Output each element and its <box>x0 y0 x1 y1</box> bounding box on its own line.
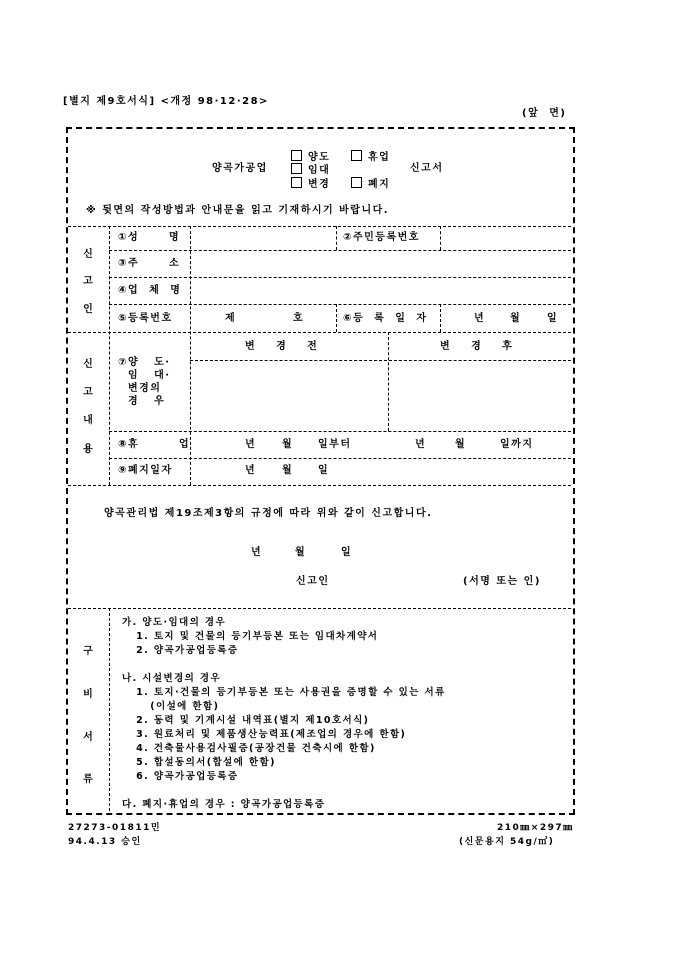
reg-no-label: ⑤등록번호 <box>118 313 173 325</box>
documents-section-label: 구 <box>78 642 98 657</box>
content-section-label: 고 <box>78 383 98 398</box>
approval-date: 94.4.13 승인 <box>68 836 142 848</box>
divider <box>109 277 571 278</box>
checkbox-transfer[interactable] <box>291 150 302 161</box>
divider <box>68 332 571 333</box>
divider <box>190 360 571 361</box>
suspension-to-day: 일까지 <box>500 439 533 451</box>
business-name-label: ④업 체 명 <box>118 285 181 297</box>
form-title-suffix: 신고서 <box>410 163 443 175</box>
documents-section-label: 서 <box>78 728 98 743</box>
form-reference: [별지 제9호서식] <개정 98·12·28> <box>63 96 269 108</box>
documents-section-label: 류 <box>78 770 98 785</box>
resident-no-label: ②주민등록번호 <box>343 232 420 244</box>
divider <box>440 304 441 332</box>
paper-size: 210㎜×297㎜ <box>497 822 574 834</box>
divider <box>190 226 191 485</box>
address-label: ③주 소 <box>118 258 180 270</box>
address-input[interactable] <box>192 252 570 276</box>
document-item: 6. 양곡가공업등록증 <box>122 768 238 782</box>
document-item: 3. 원료처리 및 제품생산능력표(제조업의 경우에 한함) <box>122 726 406 740</box>
divider <box>109 250 571 251</box>
after-change-input[interactable] <box>390 362 570 430</box>
option-suspension[interactable]: 휴업 <box>351 150 390 164</box>
document-item: 다. 폐지·휴업의 경우 : 양곡가공업등록증 <box>122 796 325 810</box>
option-closure[interactable]: 폐지 <box>351 177 390 191</box>
document-item: 가. 양도·임대의 경우 <box>122 614 226 628</box>
documents-section-label: 비 <box>78 685 98 700</box>
before-change-input[interactable] <box>192 362 386 430</box>
divider <box>109 458 571 459</box>
instruction-notice: ※ 뒷면의 작성방법과 안내문을 읽고 기재하시기 바랍니다. <box>86 205 389 217</box>
divider <box>109 608 110 811</box>
declaration-month: 월 <box>295 547 306 559</box>
declarant-label: 신고인 <box>296 576 329 588</box>
reg-no-prefix: 제 <box>225 313 236 325</box>
paper-type: (신문용지 54g/㎡) <box>459 836 554 848</box>
content-section-label: 용 <box>78 440 98 455</box>
transfer-label: 변경의 <box>118 383 161 395</box>
divider <box>109 431 571 432</box>
document-item: 1. 토지·건물의 등기부등본 또는 사용권을 증명할 수 있는 서류 <box>122 684 446 698</box>
document-item: 1. 토지 및 건물의 등기부등본 또는 임대차계약서 <box>122 628 378 642</box>
checkbox-change[interactable] <box>291 177 302 188</box>
transfer-label: 경 우 <box>118 396 165 408</box>
document-item: 2. 동력 및 기계시설 내역표(별지 제10호서식) <box>122 712 369 726</box>
reg-date-year: 년 <box>474 313 485 325</box>
suspension-to-month: 월 <box>455 439 466 451</box>
closure-year: 년 <box>245 465 256 477</box>
reg-no-suffix: 호 <box>293 313 304 325</box>
divider <box>68 485 571 486</box>
document-item: 2. 양곡가공업등록증 <box>122 642 238 656</box>
document-item: (이설에 한함) <box>122 698 219 712</box>
name-input[interactable] <box>192 228 334 249</box>
content-section-label: 신 <box>78 355 98 370</box>
document-item: 4. 건축물사용검사필증(공장건물 건축시에 한함) <box>122 740 376 754</box>
checkbox-closure[interactable] <box>351 177 362 188</box>
declaration-statement: 양곡관리법 제19조제3항의 규정에 따라 위와 같이 신고합니다. <box>104 508 432 520</box>
option-change[interactable]: 변경 <box>291 177 330 191</box>
before-change-header: 변 경 전 <box>245 341 318 353</box>
divider <box>109 304 571 305</box>
transfer-label: 임 대· <box>118 370 171 382</box>
page-side-label: (앞 면) <box>522 108 566 120</box>
content-section-label: 내 <box>78 411 98 426</box>
option-transfer[interactable]: 양도 <box>291 150 330 164</box>
divider <box>68 226 571 227</box>
divider <box>336 226 337 250</box>
reg-date-month: 월 <box>510 313 521 325</box>
declaration-year: 년 <box>251 547 262 559</box>
reg-date-label: ⑥등 록 일 자 <box>343 313 428 325</box>
divider <box>68 608 571 609</box>
closure-month: 월 <box>282 465 293 477</box>
divider <box>336 304 337 332</box>
applicant-section-label: 신 <box>78 245 98 260</box>
name-label: ①성 명 <box>118 232 180 244</box>
business-name-input[interactable] <box>192 279 570 303</box>
suspension-from-year: 년 <box>245 439 256 451</box>
applicant-section-label: 인 <box>78 300 98 315</box>
document-item: 나. 시설변경의 경우 <box>122 670 221 684</box>
document-item: 5. 합설동의서(합설에 한함) <box>122 754 276 768</box>
checkbox-suspension[interactable] <box>351 150 362 161</box>
suspension-from-day: 일부터 <box>318 439 351 451</box>
closure-day: 일 <box>318 465 329 477</box>
checkbox-lease[interactable] <box>291 163 302 174</box>
closure-date-label: ⑨폐지일자 <box>118 465 173 477</box>
suspension-label: ⑧휴 업 <box>118 439 190 451</box>
suspension-to-year: 년 <box>415 439 426 451</box>
resident-no-input[interactable] <box>442 228 570 249</box>
after-change-header: 변 경 후 <box>440 341 513 353</box>
reg-date-day: 일 <box>547 313 558 325</box>
suspension-from-month: 월 <box>282 439 293 451</box>
option-lease[interactable]: 임대 <box>291 163 330 177</box>
declaration-day: 일 <box>341 547 352 559</box>
applicant-section-label: 고 <box>78 272 98 287</box>
form-code: 27273-01811민 <box>68 822 161 834</box>
signature-label[interactable]: (서명 또는 인) <box>463 576 541 588</box>
divider <box>109 226 110 485</box>
transfer-label: ⑦양 도· <box>118 357 171 369</box>
divider <box>388 332 389 431</box>
divider <box>440 226 441 250</box>
form-title-prefix: 양곡가공업 <box>212 163 268 175</box>
